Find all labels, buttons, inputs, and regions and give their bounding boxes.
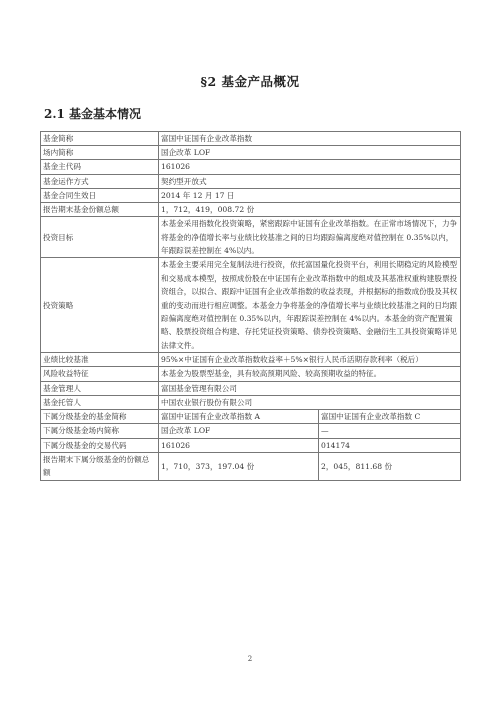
table-row-sub-fund-total-shares: 报告期末下属分级基金的份额总额 1，710，373，197.04 份 2，045… [41, 452, 461, 480]
table-row-exchange-short-name: 场内简称 国企改革 LOF [41, 146, 461, 160]
sub-fund-c-value: 2，045，811.68 份 [319, 452, 461, 480]
row-label: 投资策略 [41, 258, 159, 353]
row-value: 1，712，419，008.72 份 [159, 203, 461, 217]
row-value: 契约型开放式 [159, 174, 461, 188]
row-value: 本基金采用指数化投资策略，紧密跟踪中证国有企业改革指数。在正常市场情况下，力争将… [159, 217, 461, 258]
row-label: 报告期末下属分级基金的份额总额 [41, 452, 159, 480]
fund-basic-info-table: 基金简称 富国中证国有企业改革指数 场内简称 国企改革 LOF 基金主代码 16… [40, 131, 461, 481]
row-value: 本基金为股票型基金，具有较高预期风险、较高预期收益的特征。 [159, 367, 461, 381]
table-row-investment-strategy: 投资策略 本基金主要采用完全复制法进行投资，依托富国量化投资平台，利用长期稳定的… [41, 258, 461, 353]
row-label: 业绩比较基准 [41, 353, 159, 367]
table-row-fund-code: 基金主代码 161026 [41, 160, 461, 174]
table-row-sub-fund-name: 下属分级基金的基金简称 富国中证国有企业改革指数 A 富国中证国有企业改革指数 … [41, 410, 461, 424]
row-label: 基金主代码 [41, 160, 159, 174]
sub-fund-a-value: 富国中证国有企业改革指数 A [159, 410, 319, 424]
row-label: 场内简称 [41, 146, 159, 160]
table-row-fund-short-name: 基金简称 富国中证国有企业改革指数 [41, 132, 461, 146]
row-label: 下属分级基金的基金简称 [41, 410, 159, 424]
section-title: 2.1 基金基本情况 [44, 105, 141, 122]
table-row-sub-fund-exchange-name: 下属分级基金场内简称 国企改革 LOF — [41, 424, 461, 438]
table-row-total-shares: 报告期末基金份额总额 1，712，419，008.72 份 [41, 203, 461, 217]
table-row-investment-objective: 投资目标 本基金采用指数化投资策略，紧密跟踪中证国有企业改革指数。在正常市场情况… [41, 217, 461, 258]
page-title: §2 基金产品概况 [0, 72, 500, 90]
table-row-operation-mode: 基金运作方式 契约型开放式 [41, 174, 461, 188]
row-label: 下属分级基金场内简称 [41, 424, 159, 438]
row-value: 富国基金管理有限公司 [159, 381, 461, 395]
table-row-sub-fund-code: 下属分级基金的交易代码 161026 014174 [41, 438, 461, 452]
row-value: 富国中证国有企业改革指数 [159, 132, 461, 146]
row-value: 本基金主要采用完全复制法进行投资，依托富国量化投资平台，利用长期稳定的风险模型和… [159, 258, 461, 353]
sub-fund-c-value: 014174 [319, 438, 461, 452]
row-value: 161026 [159, 160, 461, 174]
row-label: 基金管理人 [41, 381, 159, 395]
sub-fund-c-value: 富国中证国有企业改革指数 C [319, 410, 461, 424]
row-value: 2014 年 12 月 17 日 [159, 188, 461, 202]
row-label: 基金合同生效日 [41, 188, 159, 202]
row-label: 下属分级基金的交易代码 [41, 438, 159, 452]
row-value: 95%×中证国有企业改革指数收益率＋5%×银行人民币活期存款利率（税后） [159, 353, 461, 367]
row-value: 中国农业银行股份有限公司 [159, 395, 461, 409]
table-row-risk-return: 风险收益特征 本基金为股票型基金，具有较高预期风险、较高预期收益的特征。 [41, 367, 461, 381]
sub-fund-c-value: — [319, 424, 461, 438]
sub-fund-a-value: 1，710，373，197.04 份 [159, 452, 319, 480]
page-number: 2 [0, 655, 500, 663]
table-row-fund-manager: 基金管理人 富国基金管理有限公司 [41, 381, 461, 395]
row-label: 基金运作方式 [41, 174, 159, 188]
row-value: 国企改革 LOF [159, 146, 461, 160]
table-row-fund-custodian: 基金托管人 中国农业银行股份有限公司 [41, 395, 461, 409]
row-label: 报告期末基金份额总额 [41, 203, 159, 217]
sub-fund-a-value: 国企改革 LOF [159, 424, 319, 438]
row-label: 基金简称 [41, 132, 159, 146]
table-row-contract-effective-date: 基金合同生效日 2014 年 12 月 17 日 [41, 188, 461, 202]
table-row-benchmark: 业绩比较基准 95%×中证国有企业改革指数收益率＋5%×银行人民币活期存款利率（… [41, 353, 461, 367]
row-label: 风险收益特征 [41, 367, 159, 381]
row-label: 投资目标 [41, 217, 159, 258]
row-label: 基金托管人 [41, 395, 159, 409]
sub-fund-a-value: 161026 [159, 438, 319, 452]
